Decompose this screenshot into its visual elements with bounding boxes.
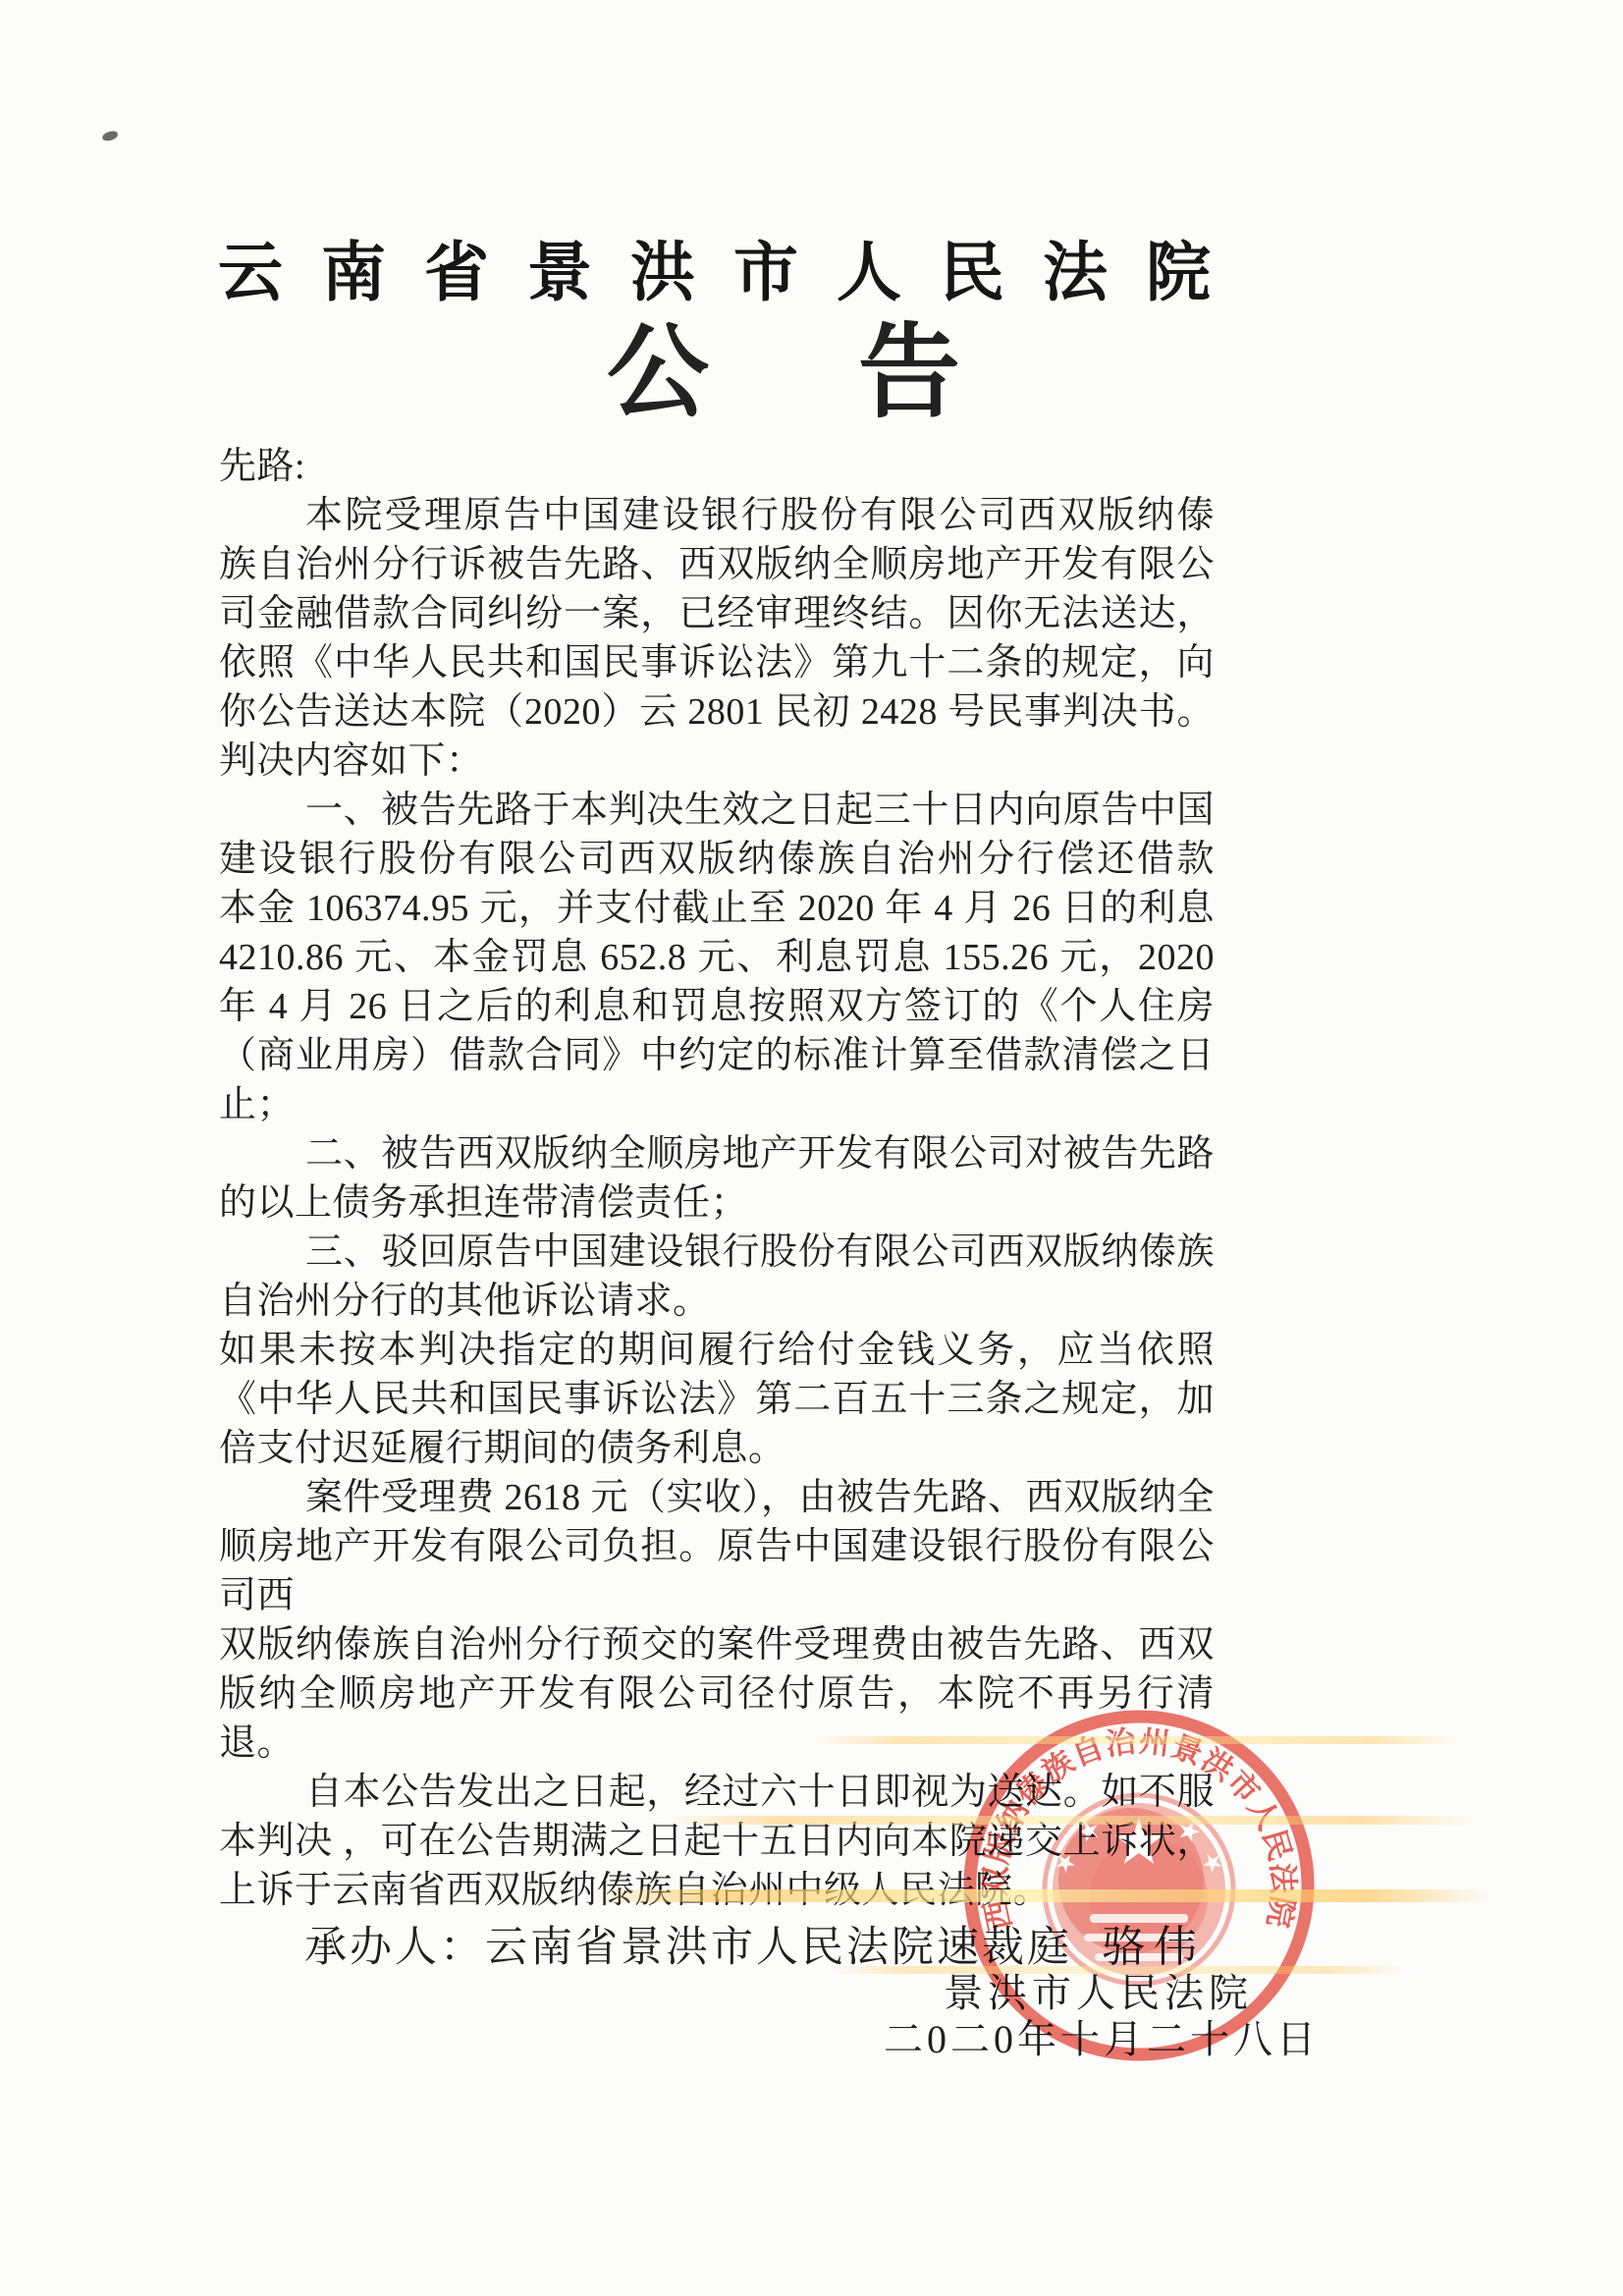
- body-line: 如果未按本判决指定的期间履行给付金钱义务，应当依照: [219, 1326, 1215, 1375]
- body-line: 本金 106374.95 元，并支付截止至 2020 年 4 月 26 日的利息: [219, 884, 1215, 933]
- scan-speck: [101, 130, 119, 141]
- signature-date: 二0二0年十月二十八日: [884, 2008, 1320, 2064]
- body-line: 的以上债务承担连带清偿责任；: [219, 1178, 1215, 1228]
- body-line: 族自治州分行诉被告先路、西双版纳全顺房地产开发有限公: [219, 540, 1215, 589]
- body-line: 你公告送达本院（2020）云 2801 民初 2428 号民事判决书。: [219, 687, 1215, 737]
- body-line: 退。: [219, 1719, 1215, 1768]
- body-line: 上诉于云南省西双版纳傣族自治州中级人民法院。: [219, 1866, 1215, 1915]
- body-line: 自治州分行的其他诉讼请求。: [219, 1277, 1215, 1326]
- body-line: 三、驳回原告中国建设银行股份有限公司西双版纳傣族: [219, 1228, 1215, 1277]
- body-line: 司金融借款合同纠纷一案，已经审理终结。因你无法送达，: [219, 589, 1215, 638]
- body-line: 一、被告先路于本判决生效之日起三十日内向原告中国: [219, 786, 1215, 835]
- body-line: 《中华人民共和国民事诉讼法》第二百五十三条之规定，加: [219, 1375, 1215, 1424]
- body-line: 司西: [219, 1571, 1215, 1620]
- body-line: 4210.86 元、本金罚息 652.8 元、利息罚息 155.26 元，202…: [219, 933, 1215, 982]
- announcement-body: 先路:本院受理原告中国建设银行股份有限公司西双版纳傣族自治州分行诉被告先路、西双…: [219, 442, 1215, 1915]
- doc-type-heading: 公告: [607, 290, 1109, 437]
- body-line: 自本公告发出之日起，经过六十日即视为送达。如不服: [219, 1768, 1215, 1817]
- body-line: 顺房地产开发有限公司负担。原告中国建设银行股份有限公: [219, 1522, 1215, 1571]
- body-line: 案件受理费 2618 元（实收），由被告先路、西双版纳全: [219, 1473, 1215, 1522]
- body-line: 本判决 ，可在公告期满之日起十五日内向本院递交上诉状，: [219, 1817, 1215, 1866]
- body-line: 依照《中华人民共和国民事诉讼法》第九十二条的规定，向: [219, 638, 1215, 687]
- body-line: 年 4 月 26 日之后的利息和罚息按照双方签订的《个人住房: [219, 982, 1215, 1031]
- body-line: 建设银行股份有限公司西双版纳傣族自治州分行偿还借款: [219, 835, 1215, 884]
- body-line: 本院受理原告中国建设银行股份有限公司西双版纳傣: [219, 491, 1215, 540]
- body-line: （商业用房）借款合同》中约定的标准计算至借款清偿之日: [219, 1031, 1215, 1080]
- body-line: 二、被告西双版纳全顺房地产开发有限公司对被告先路: [219, 1129, 1215, 1178]
- body-line: 先路:: [219, 442, 1215, 491]
- body-line: 判决内容如下：: [219, 737, 1215, 786]
- body-line: 止；: [219, 1080, 1215, 1129]
- body-line: 版纳全顺房地产开发有限公司径付原告，本院不再另行清: [219, 1669, 1215, 1719]
- body-line: 双版纳傣族自治州分行预交的案件受理费由被告先路、西双: [219, 1620, 1215, 1669]
- body-line: 倍支付迟延履行期间的债务利息。: [219, 1424, 1215, 1473]
- court-announcement-page: 云南省景洪市人民法院 公告 先路:本院受理原告中国建设银行股份有限公司西双版纳傣…: [0, 0, 1623, 2296]
